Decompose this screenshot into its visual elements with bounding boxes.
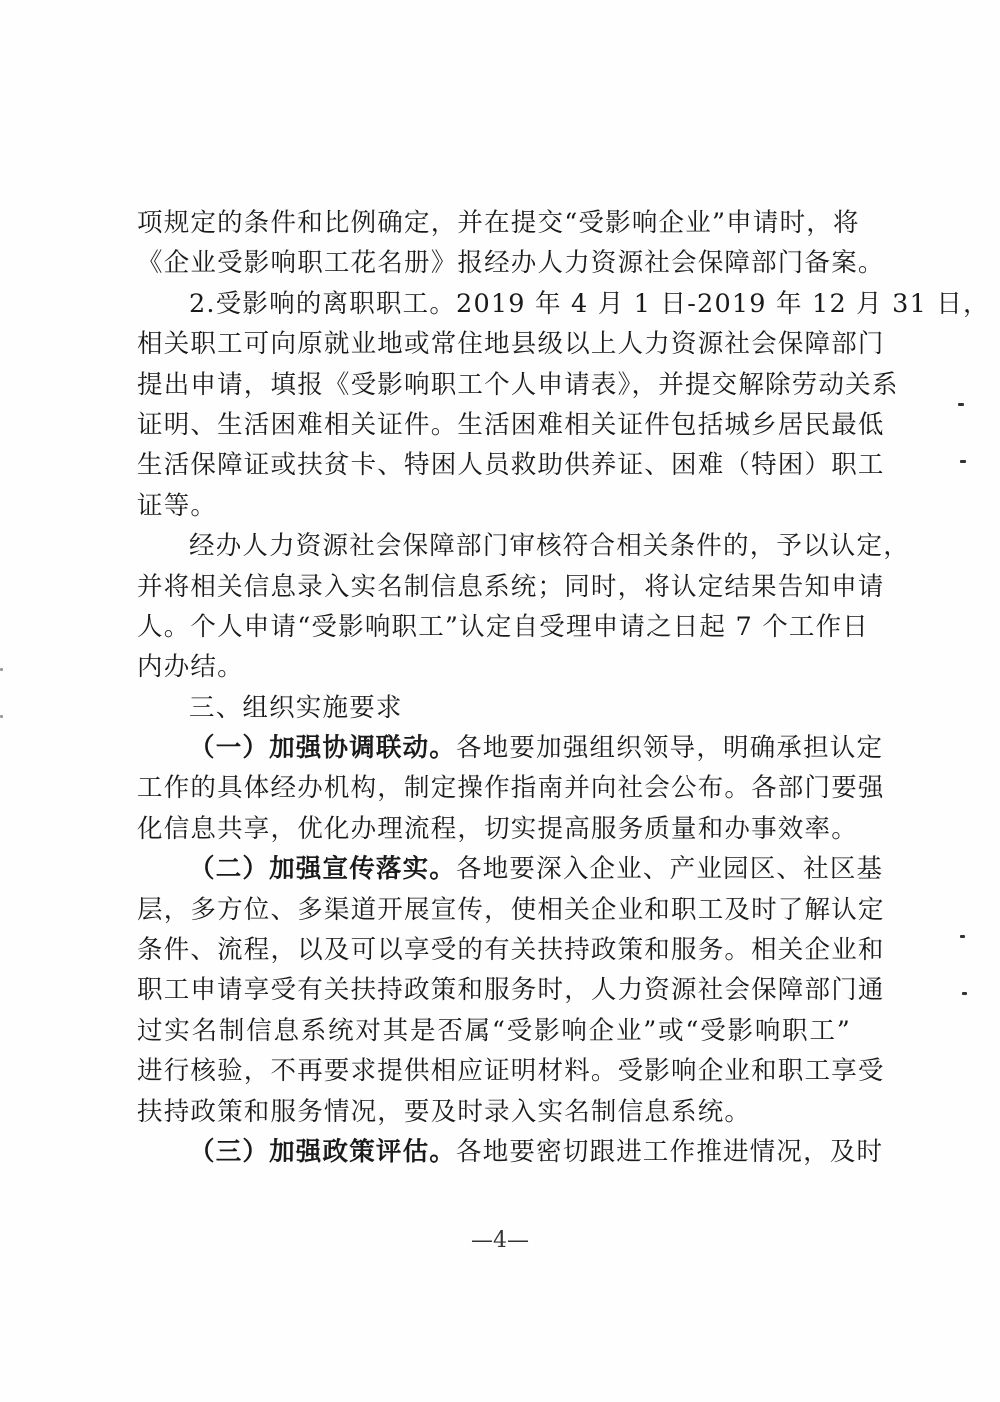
text-line: 项规定的条件和比例确定，并在提交“受影响企业”申请时，将 [137, 203, 851, 243]
scan-mark [958, 403, 964, 406]
text-line: 化信息共享，优化办理流程，切实提高服务质量和办事效率。 [137, 809, 851, 849]
text-line: 条件、流程，以及可以享受的有关扶持政策和服务。相关企业和 [137, 930, 851, 970]
text-line: 职工申请享受有关扶持政策和服务时，人力资源社会保障部门通 [137, 970, 851, 1010]
text-line: 提出申请，填报《受影响职工个人申请表》，并提交解除劳动关系 [137, 365, 851, 405]
subsection-1-heading: （一）加强协调联动。 [189, 733, 456, 763]
section-item-2-heading-line: 2.受影响的离职职工。2019 年 4 月 1 日-2019 年 12 月 31… [137, 284, 851, 324]
subsection-2-heading: （二）加强宣传落实。 [189, 854, 456, 884]
scan-mark [960, 460, 966, 463]
text-line: 进行核验，不再要求提供相应证明材料。受影响企业和职工享受 [137, 1051, 851, 1091]
text-span: 各地要密切跟进工作推进情况，及时 [456, 1137, 883, 1167]
text-line: 工作的具体经办机构，制定操作指南并向社会公布。各部门要强 [137, 768, 851, 808]
scan-mark [960, 935, 965, 938]
text-line: 证等。 [137, 486, 851, 526]
subsection-3-heading: （三）加强政策评估。 [189, 1137, 456, 1167]
scan-mark [962, 992, 967, 995]
subsection-3-line: （三）加强政策评估。各地要密切跟进工作推进情况，及时 [137, 1132, 851, 1172]
text-span: 各地要深入企业、产业园区、社区基 [456, 854, 883, 884]
section-heading-3: 三、组织实施要求 [137, 688, 851, 728]
text-line: 《企业受影响职工花名册》报经办人力资源社会保障部门备案。 [137, 243, 851, 283]
paragraph-start-line: 经办人力资源社会保障部门审核符合相关条件的，予以认定， [137, 526, 851, 566]
subsection-2-line: （二）加强宣传落实。各地要深入企业、产业园区、社区基 [137, 849, 851, 889]
text-line: 人。个人申请“受影响职工”认定自受理申请之日起 7 个工作日 [137, 607, 851, 647]
scan-mark [0, 668, 3, 671]
document-page: 项规定的条件和比例确定，并在提交“受影响企业”申请时，将 《企业受影响职工花名册… [0, 0, 1000, 1402]
text-line: 扶持政策和服务情况，要及时录入实名制信息系统。 [137, 1092, 851, 1132]
document-body: 项规定的条件和比例确定，并在提交“受影响企业”申请时，将 《企业受影响职工花名册… [137, 203, 851, 1172]
text-line: 生活保障证或扶贫卡、特困人员救助供养证、困难（特困）职工 [137, 445, 851, 485]
text-line: 相关职工可向原就业地或常住地县级以上人力资源社会保障部门 [137, 324, 851, 364]
text-line: 内办结。 [137, 647, 851, 687]
text-line: 并将相关信息录入实名制信息系统；同时，将认定结果告知申请 [137, 567, 851, 607]
text-line: 过实名制信息系统对其是否属“受影响企业”或“受影响职工” [137, 1011, 851, 1051]
subsection-1-line: （一）加强协调联动。各地要加强组织领导，明确承担认定 [137, 728, 851, 768]
page-number: —4— [0, 1228, 1000, 1253]
text-line: 证明、生活困难相关证件。生活困难相关证件包括城乡居民最低 [137, 405, 851, 445]
text-span: 各地要加强组织领导，明确承担认定 [456, 733, 883, 763]
text-line: 层，多方位、多渠道开展宣传，使相关企业和职工及时了解认定 [137, 890, 851, 930]
scan-mark [0, 715, 3, 718]
